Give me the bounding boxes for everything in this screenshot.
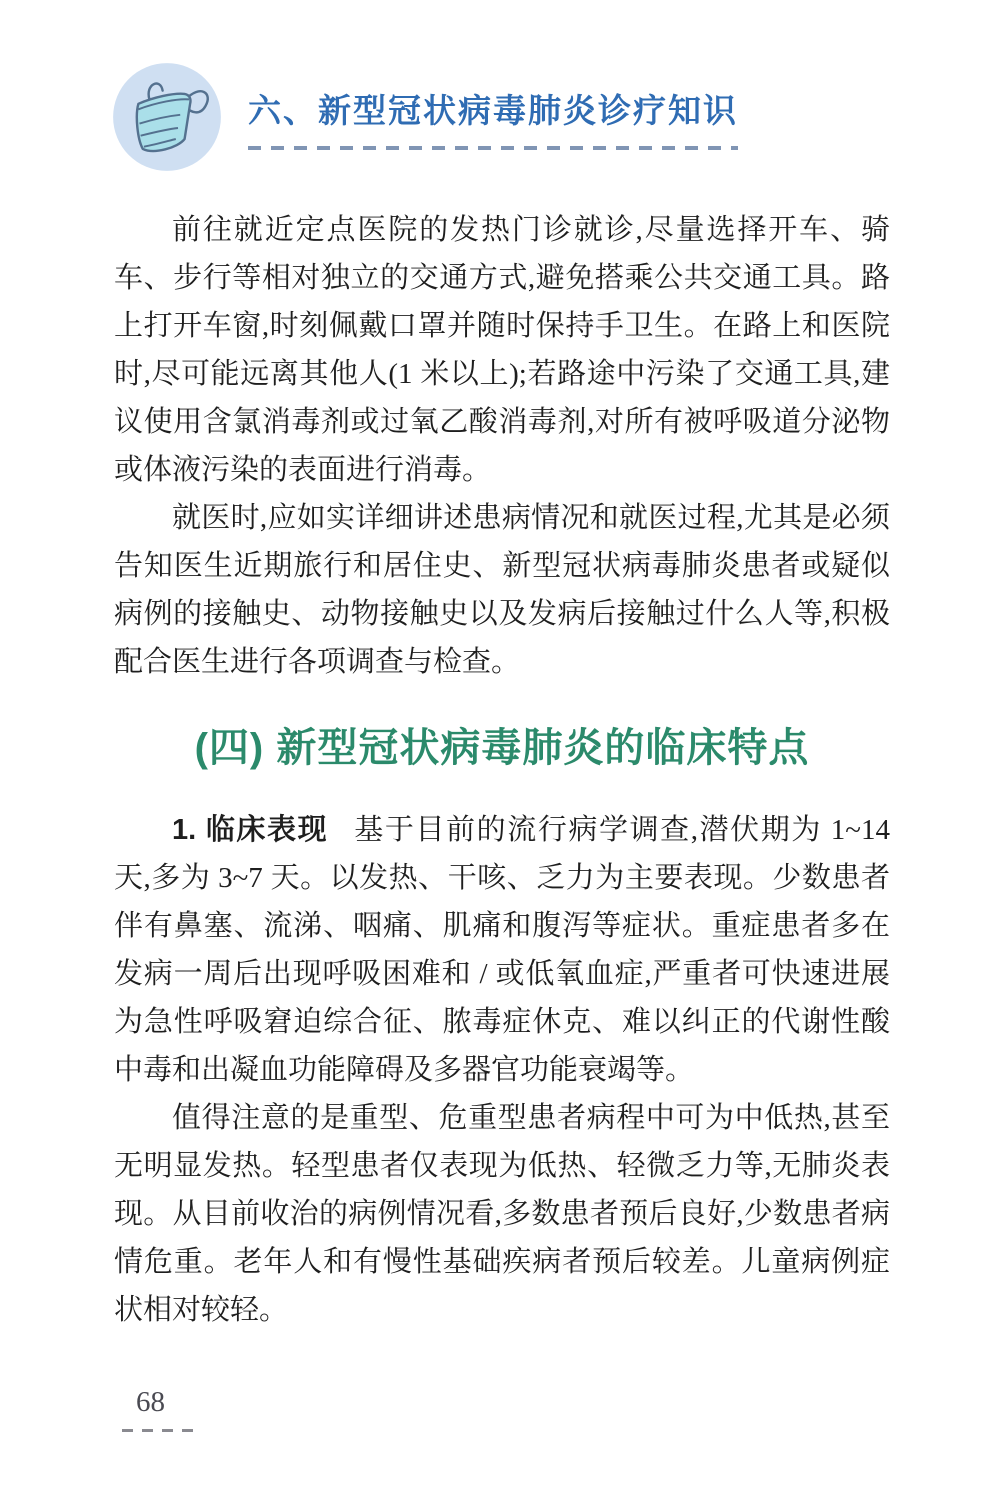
page-content: 前往就近定点医院的发热门诊就诊,尽量选择开车、骑车、步行等相对独立的交通方式,避… [114, 206, 890, 1334]
chapter-header: 六、新型冠状病毒肺炎诊疗知识 [112, 62, 738, 172]
intro-paragraph-2: 就医时,应如实详细讲述患病情况和就医过程,尤其是必须告知医生近期旅行和居住史、新… [114, 494, 890, 686]
section-paragraph-1: 1. 临床表现基于目前的流行病学调查,潜伏期为 1~14 天,多为 3~7 天。… [114, 806, 890, 1094]
paragraph-lead: 1. 临床表现 [172, 814, 328, 846]
section-heading: (四) 新型冠状病毒肺炎的临床特点 [114, 722, 890, 774]
book-page: 六、新型冠状病毒肺炎诊疗知识 前往就近定点医院的发热门诊就诊,尽量选择开车、骑车… [0, 0, 1000, 1500]
intro-paragraph-1: 前往就近定点医院的发热门诊就诊,尽量选择开车、骑车、步行等相对独立的交通方式,避… [114, 206, 890, 494]
page-number: 68 [122, 1386, 194, 1419]
face-mask-icon [112, 62, 222, 172]
header-text-block: 六、新型冠状病毒肺炎诊疗知识 [248, 85, 738, 150]
chapter-title: 六、新型冠状病毒肺炎诊疗知识 [248, 85, 738, 132]
header-dashed-line [248, 146, 738, 150]
paragraph-text: 基于目前的流行病学调查,潜伏期为 1~14 天,多为 3~7 天。以发热、干咳、… [114, 814, 890, 1086]
section-paragraph-2: 值得注意的是重型、危重型患者病程中可为中低热,甚至无明显发热。轻型患者仅表现为低… [114, 1094, 890, 1334]
page-footer: 68 [122, 1386, 194, 1432]
footer-dashed-line [122, 1429, 194, 1432]
